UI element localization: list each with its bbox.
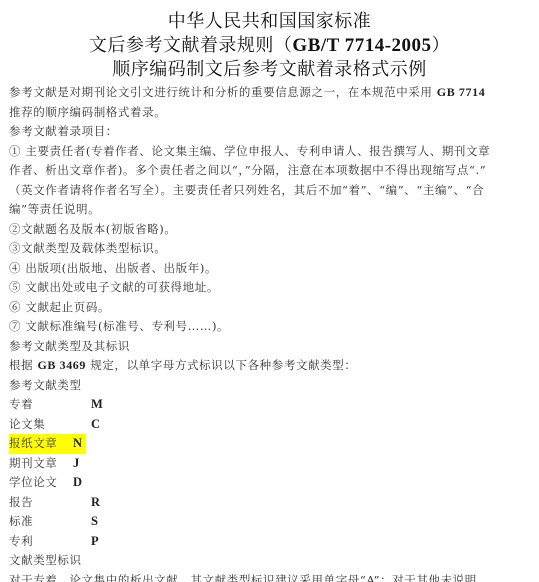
- item-1-line-1: ① 主要责任者(专着作者、论文集主编、学位申报人、专利申请人、报告撰写人、期刊文…: [9, 142, 534, 162]
- item-6: ⑥ 文献起止页码。: [9, 298, 534, 318]
- types-basis: 根据 GB 3469 规定，以单字母方式标识以下各种参考文献类型：: [9, 356, 534, 376]
- items-heading: 参考文献着录项目：: [9, 122, 534, 142]
- title-examples: 顺序编码制文后参考文献着录格式示例: [0, 58, 539, 82]
- intro-line-1: 参考文献是对期刊论文引文进行统计和分析的重要信息源之一，在本规范中采用 GB 7…: [9, 83, 534, 103]
- type-row-newspaper: 报纸文章N: [9, 434, 534, 454]
- item-7: ⑦ 文献标准编号(标准号、专利号……)。: [9, 317, 534, 337]
- item-5: ⑤ 文献出处或电子文献的可获得地址。: [9, 278, 534, 298]
- item-1-line-4: 编”等责任说明。: [9, 200, 534, 220]
- type-row-monograph: 专着M: [9, 395, 534, 415]
- type-row-proceedings: 论文集C: [9, 415, 534, 435]
- type-row-standard: 标准S: [9, 512, 534, 532]
- text-highlight: 报纸文章N: [9, 434, 86, 454]
- standard-code: GB/T 7714-2005: [292, 35, 431, 56]
- item-3: ③文献类型及载体类型标识。: [9, 239, 534, 259]
- type-row-report: 报告R: [9, 493, 534, 513]
- types-subheading: 参考文献类型: [9, 376, 534, 396]
- title-rules: 文后参考文献着录规则（GB/T 7714-2005）: [0, 34, 539, 58]
- item-2: ②文献题名及版本(初版省略)。: [9, 220, 534, 240]
- document-title-block: 中华人民共和国国家标准 文后参考文献着录规则（GB/T 7714-2005） 顺…: [0, 10, 539, 82]
- type-row-journal: 期刊文章J: [9, 454, 534, 474]
- title-standard: 中华人民共和国国家标准: [0, 10, 539, 34]
- types-heading: 参考文献类型及其标识: [9, 337, 534, 357]
- type-id-description: 对于专着、论文集中的析出文献，其文献类型标识建议采用单字母“A”；对于其他未说明: [9, 571, 534, 582]
- document-body: 参考文献是对期刊论文引文进行统计和分析的重要信息源之一，在本规范中采用 GB 7…: [9, 83, 534, 582]
- type-id-heading: 文献类型标识: [9, 551, 534, 571]
- type-row-dissertation: 学位论文D: [9, 473, 534, 493]
- item-4: ④ 出版项(出版地、出版者、出版年)。: [9, 259, 534, 279]
- item-1-line-3: （英文作者请将作者名写全）。主要责任者只列姓名，其后不加“着”、“编”、“主编”…: [9, 181, 534, 201]
- item-1-line-2: 作者、析出文章作者)。多个责任者之间以“，”分隔，注意在本项数据中不得出现缩写点…: [9, 161, 534, 181]
- type-row-patent: 专利P: [9, 532, 534, 552]
- intro-line-2: 推荐的顺序编码制格式着录。: [9, 103, 534, 123]
